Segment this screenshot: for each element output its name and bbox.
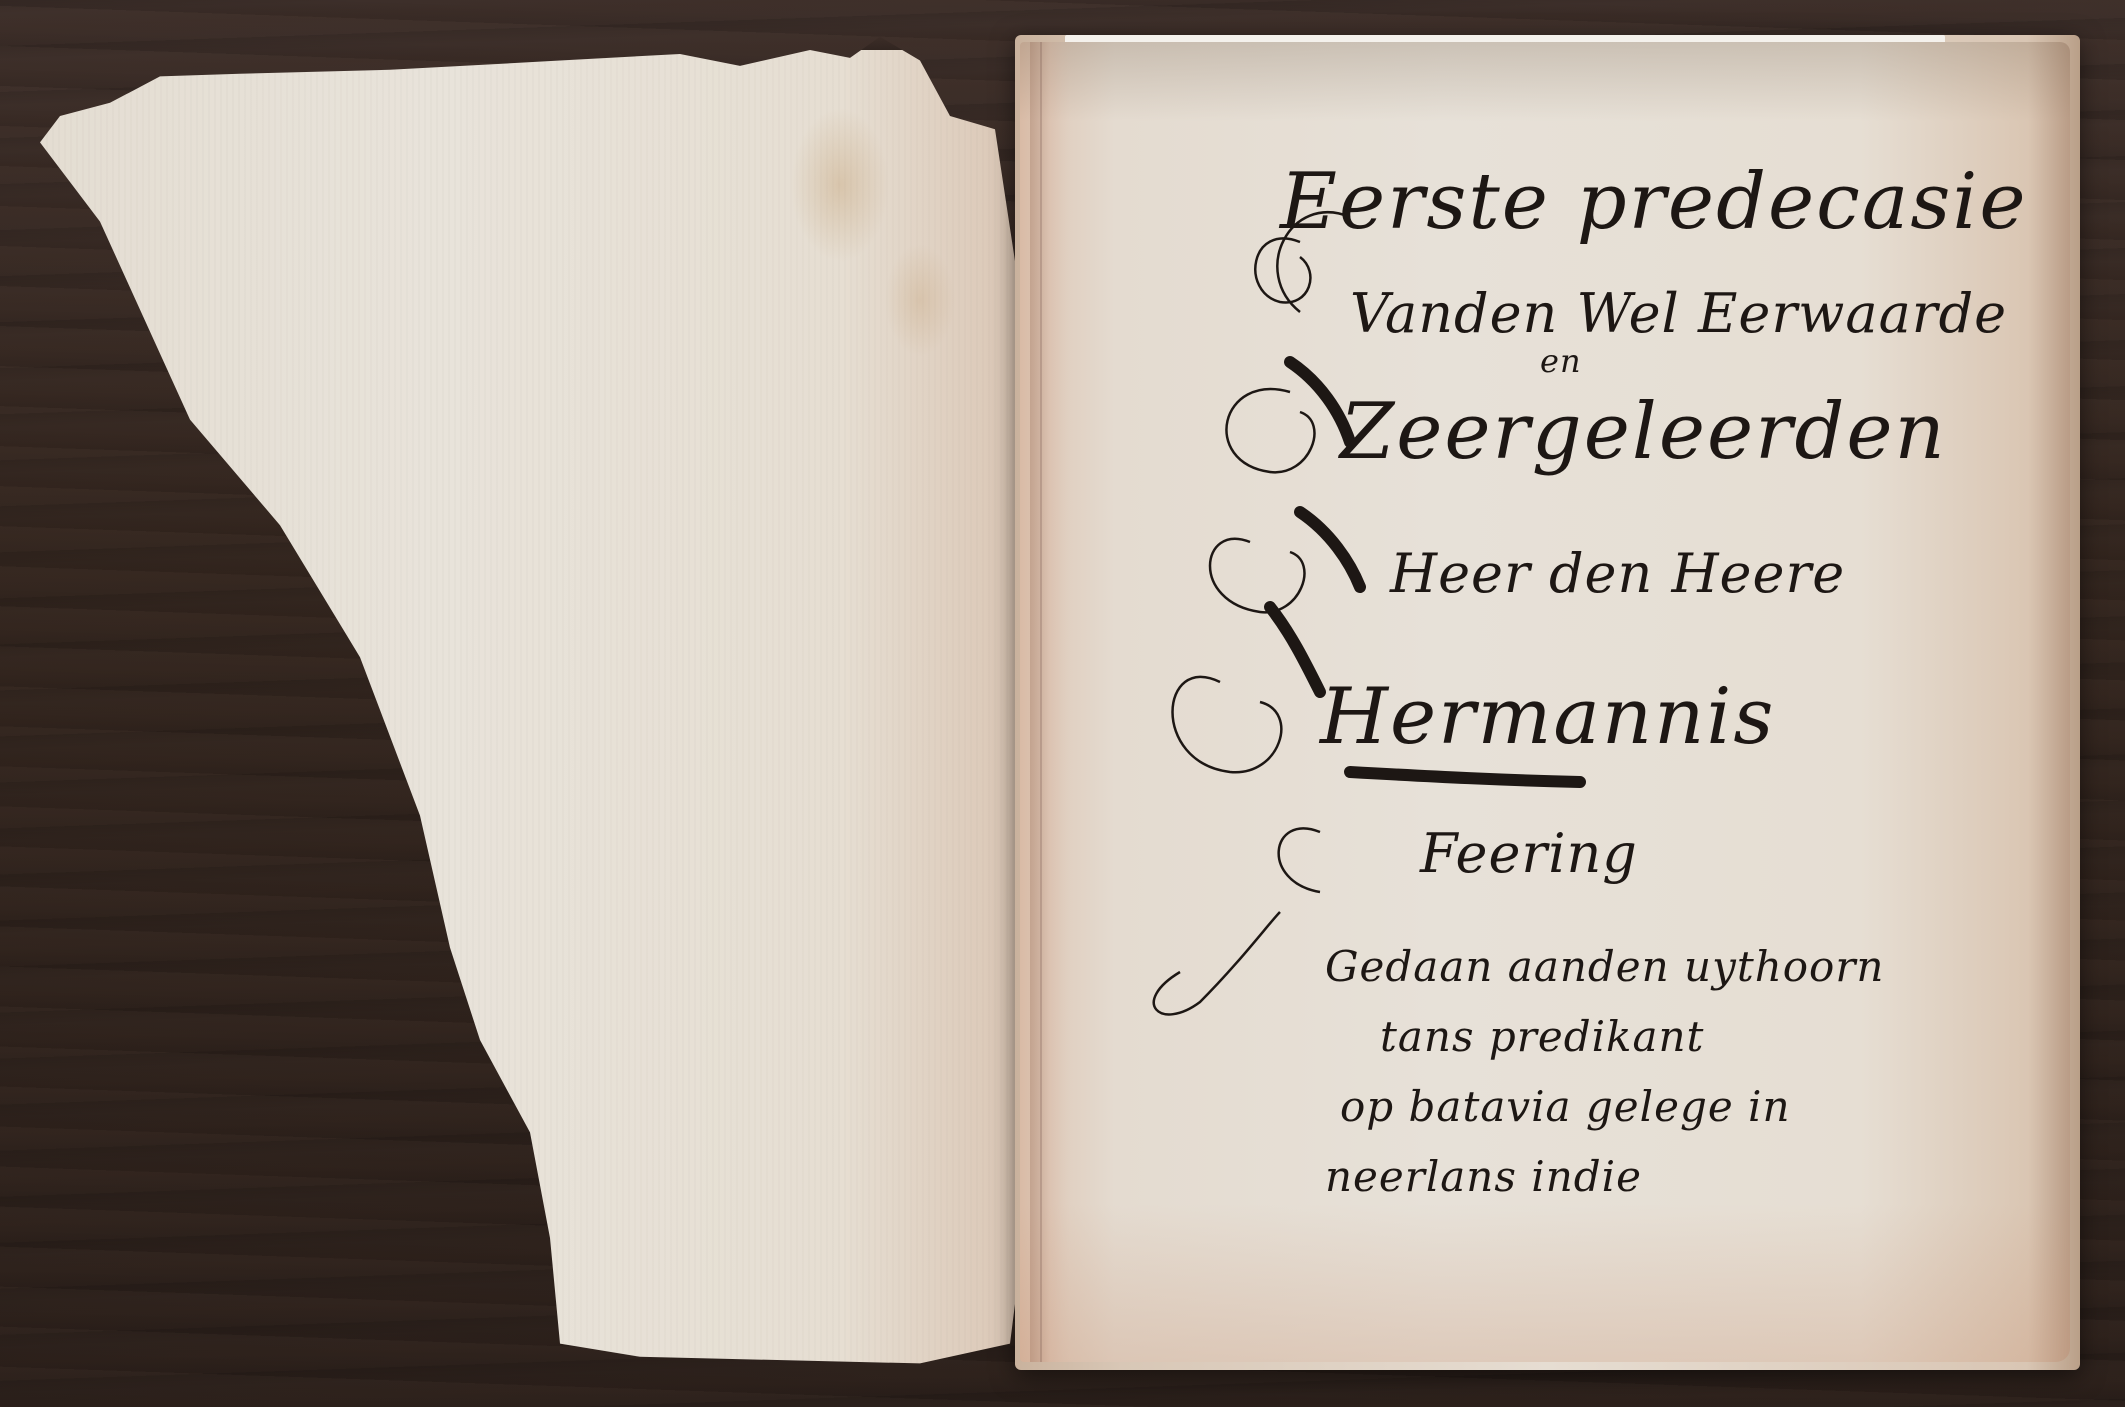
- handwritten-inscription: Eerste predecasie Vanden Wel Eerwaarde e…: [1020, 42, 2070, 1362]
- inscription-line-3: en: [1540, 342, 1582, 380]
- inscription-line-6: Hermannis: [1320, 672, 1775, 762]
- left-page-torn-blank: [40, 50, 1040, 1370]
- photo-scene: Eerste predecasie Vanden Wel Eerwaarde e…: [0, 0, 2125, 1407]
- inscription-line-2: Vanden Wel Eerwaarde: [1350, 282, 2007, 345]
- inscription-line-1: Eerste predecasie: [1280, 157, 2028, 247]
- inscription-line-8: Gedaan aanden uythoorn: [1325, 942, 1884, 991]
- inscription-line-10: op batavia gelege in: [1340, 1082, 1791, 1131]
- inscription-line-7: Feering: [1420, 822, 1638, 885]
- inscription-line-4: Zeergeleerden: [1340, 387, 1947, 477]
- inscription-line-5: Heer den Heere: [1390, 542, 1845, 605]
- right-page-title: Eerste predecasie Vanden Wel Eerwaarde e…: [1020, 42, 2070, 1362]
- inscription-line-11: neerlans indie: [1325, 1152, 1642, 1201]
- inscription-line-9: tans predikant: [1380, 1012, 1704, 1061]
